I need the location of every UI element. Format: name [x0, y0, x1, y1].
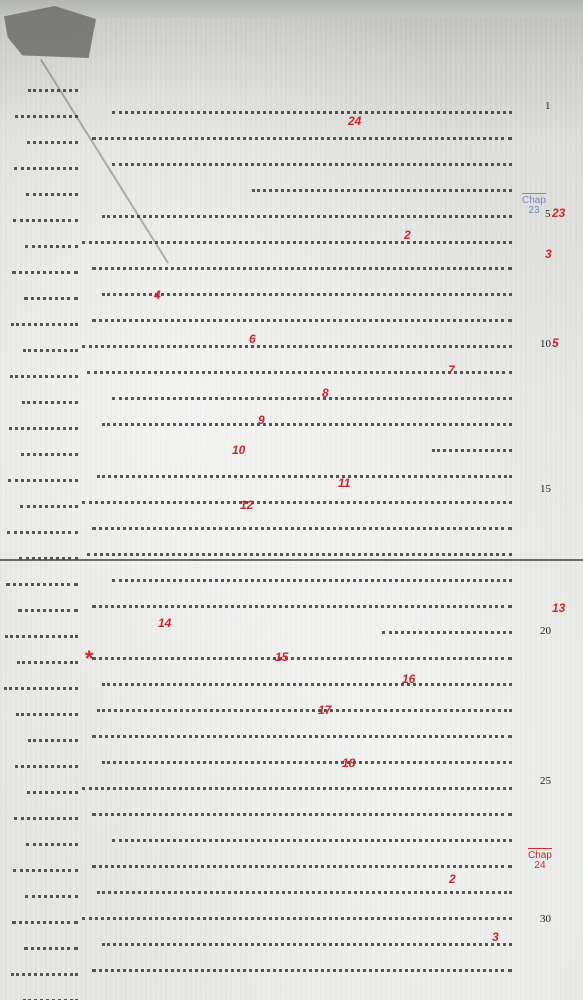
handwritten-text — [24, 287, 78, 300]
verse-number: 7 — [448, 363, 455, 377]
handwritten-text — [24, 937, 78, 950]
script-line — [0, 694, 78, 720]
verse-number: 24 — [348, 114, 361, 128]
handwritten-text — [82, 491, 512, 504]
script-line — [72, 664, 512, 690]
verse-number: 11 — [338, 476, 350, 490]
asterisk-mark: * — [84, 646, 93, 672]
handwritten-text — [5, 625, 78, 638]
handwritten-text — [87, 543, 512, 556]
script-line — [0, 902, 78, 928]
script-line — [0, 668, 78, 694]
line-number: 20 — [540, 625, 551, 637]
verse-number: 10 — [232, 443, 245, 457]
handwritten-text — [10, 365, 78, 378]
script-line — [72, 690, 512, 716]
chapter-note: Chap24 — [528, 848, 552, 871]
handwritten-text — [92, 309, 512, 322]
line-number: 15 — [540, 483, 551, 495]
script-line — [0, 434, 78, 460]
script-line — [0, 616, 78, 642]
handwritten-text — [18, 599, 78, 612]
handwritten-text — [14, 157, 78, 170]
handwritten-text — [13, 859, 78, 872]
handwritten-text — [27, 131, 78, 144]
script-line — [0, 512, 78, 538]
verse-number: 23 — [552, 206, 565, 220]
script-line — [72, 378, 512, 404]
handwritten-text — [15, 755, 78, 768]
handwritten-text — [23, 989, 78, 1000]
script-line — [72, 482, 512, 508]
script-line — [0, 772, 78, 798]
chapter-divider — [522, 193, 546, 194]
handwritten-text — [82, 777, 512, 790]
handwritten-text — [15, 105, 78, 118]
script-line — [0, 148, 78, 174]
script-line — [72, 222, 512, 248]
chapter-note: Chap23 — [522, 193, 546, 216]
script-line — [0, 954, 78, 980]
verse-number: 18 — [342, 756, 355, 770]
handwritten-text — [102, 205, 512, 218]
handwritten-text — [23, 339, 78, 352]
script-line — [0, 720, 78, 746]
script-line — [72, 300, 512, 326]
script-line — [72, 274, 512, 300]
script-line — [72, 898, 512, 924]
verse-number: 15 — [275, 650, 288, 664]
handwritten-text — [252, 179, 512, 192]
script-line — [0, 70, 78, 96]
script-line — [72, 846, 512, 872]
handwritten-text — [102, 933, 512, 946]
script-line — [72, 612, 512, 638]
verse-number: 17 — [318, 703, 331, 717]
script-line — [0, 200, 78, 226]
script-line — [0, 252, 78, 278]
script-line — [0, 746, 78, 772]
script-line — [72, 196, 512, 222]
script-line — [0, 876, 78, 902]
handwritten-text — [20, 495, 78, 508]
script-line — [72, 560, 512, 586]
handwritten-text — [432, 439, 512, 452]
handwritten-text — [22, 391, 78, 404]
verse-number: 12 — [240, 498, 253, 512]
verse-number: 14 — [158, 616, 171, 630]
script-line — [0, 980, 78, 1000]
script-line — [72, 248, 512, 274]
script-line — [72, 586, 512, 612]
handwritten-text — [92, 517, 512, 530]
handwritten-text — [112, 153, 512, 166]
verse-number: 8 — [322, 386, 329, 400]
handwritten-text — [28, 729, 78, 742]
handwritten-text — [102, 751, 512, 764]
handwritten-text — [92, 725, 512, 738]
script-line — [72, 404, 512, 430]
handwritten-text — [12, 911, 78, 924]
script-line — [72, 716, 512, 742]
script-line — [72, 638, 512, 664]
script-line — [72, 768, 512, 794]
handwritten-text — [28, 79, 78, 92]
script-line — [72, 794, 512, 820]
line-number: 30 — [540, 913, 551, 925]
handwritten-text — [92, 257, 512, 270]
handwritten-text — [25, 885, 78, 898]
handwritten-text — [382, 621, 512, 634]
handwritten-text — [97, 699, 512, 712]
script-line — [72, 534, 512, 560]
main-column-text — [72, 92, 512, 976]
handwritten-text — [82, 335, 512, 348]
chapter-number: 23 — [522, 206, 546, 216]
handwritten-text — [11, 313, 78, 326]
handwritten-text — [26, 183, 78, 196]
handwritten-text — [112, 387, 512, 400]
script-line — [72, 92, 512, 118]
verse-number: 3 — [545, 247, 552, 261]
script-line — [72, 170, 512, 196]
handwritten-text — [25, 235, 78, 248]
handwritten-text — [102, 413, 512, 426]
script-line — [72, 456, 512, 482]
script-line — [72, 352, 512, 378]
handwritten-text — [102, 283, 512, 296]
handwritten-text — [14, 807, 78, 820]
handwritten-text — [112, 829, 512, 842]
script-line — [0, 642, 78, 668]
script-line — [0, 122, 78, 148]
handwritten-text — [11, 963, 78, 976]
chapter-divider — [528, 848, 552, 849]
handwritten-text — [12, 261, 78, 274]
handwritten-text — [6, 573, 78, 586]
handwritten-text — [97, 465, 512, 478]
previous-column-text — [0, 70, 78, 1000]
handwritten-text — [7, 521, 78, 534]
handwritten-text — [9, 417, 78, 430]
handwritten-text — [92, 647, 512, 660]
handwritten-text — [92, 959, 512, 972]
script-line — [0, 824, 78, 850]
verse-number: 9 — [258, 413, 265, 427]
verse-number: 13 — [552, 601, 565, 615]
line-number: 25 — [540, 775, 551, 787]
verse-number: 6 — [249, 332, 256, 346]
script-line — [72, 924, 512, 950]
handwritten-text — [82, 907, 512, 920]
horizontal-rule — [0, 559, 583, 561]
handwritten-text — [26, 833, 78, 846]
script-line — [0, 590, 78, 616]
verse-number: 2 — [404, 228, 411, 242]
script-line — [72, 950, 512, 976]
handwritten-text — [21, 443, 78, 456]
script-line — [0, 408, 78, 434]
script-line — [72, 430, 512, 456]
script-line — [0, 798, 78, 824]
script-line — [0, 226, 78, 252]
script-line — [72, 508, 512, 534]
script-line — [0, 564, 78, 590]
script-line — [0, 278, 78, 304]
script-line — [0, 382, 78, 408]
handwritten-text — [8, 469, 78, 482]
line-number: 10 — [540, 338, 551, 350]
script-line — [0, 356, 78, 382]
script-line — [0, 330, 78, 356]
handwritten-text — [13, 209, 78, 222]
verse-number: 4 — [154, 288, 161, 302]
script-line — [0, 304, 78, 330]
script-line — [72, 742, 512, 768]
script-line — [0, 174, 78, 200]
script-line — [0, 460, 78, 486]
verse-number: 3 — [492, 930, 499, 944]
handwritten-text — [16, 703, 78, 716]
handwritten-text — [112, 101, 512, 114]
verse-number: 2 — [449, 872, 456, 886]
script-line — [72, 118, 512, 144]
verse-number: 16 — [402, 672, 415, 686]
handwritten-text — [17, 651, 78, 664]
script-line — [72, 872, 512, 898]
handwritten-text — [92, 855, 512, 868]
script-line — [72, 144, 512, 170]
handwritten-text — [92, 595, 512, 608]
chapter-number: 24 — [528, 861, 552, 871]
handwritten-text — [4, 677, 78, 690]
handwritten-text — [82, 231, 512, 244]
script-line — [72, 820, 512, 846]
script-line — [72, 326, 512, 352]
scroll-top-edge — [0, 0, 583, 18]
script-line — [0, 96, 78, 122]
script-line — [0, 486, 78, 512]
script-line — [0, 928, 78, 954]
script-line — [0, 850, 78, 876]
handwritten-text — [92, 803, 512, 816]
verse-number: 5 — [552, 336, 559, 350]
handwritten-text — [102, 673, 512, 686]
line-number: 1 — [545, 100, 551, 112]
handwritten-text — [112, 569, 512, 582]
handwritten-text — [27, 781, 78, 794]
handwritten-text — [92, 127, 512, 140]
